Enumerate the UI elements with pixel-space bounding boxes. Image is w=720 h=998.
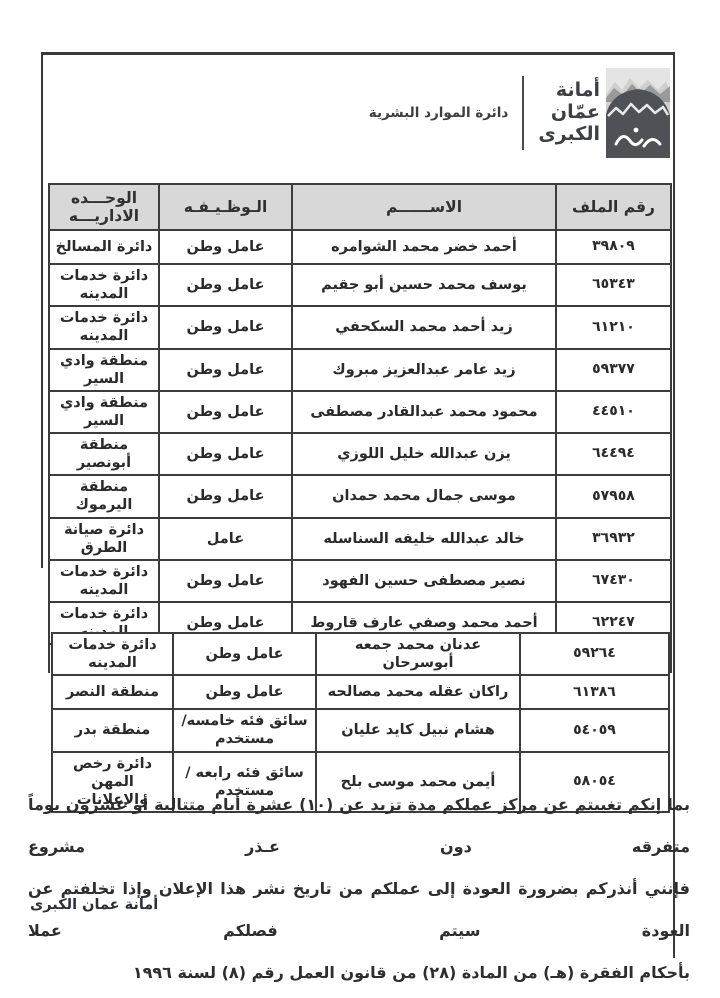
job-cell: عامل وطن	[159, 349, 292, 391]
name-cell: عدنان محمد جمعه أبوسرحان	[316, 633, 520, 675]
header-job: الـوظـيـفـه	[159, 184, 292, 230]
name-cell: راكان عقله محمد مصالحه	[316, 675, 520, 709]
unit-cell: منطقة بدر	[52, 709, 173, 751]
brand-line-2: عمّان	[538, 102, 600, 124]
table-row: ٦١٢١٠زيد أحمد محمد السكحفيعامل وطندائرة …	[49, 306, 671, 348]
table-row: ٥٤٠٥٩هشام نبيل كايد عليانسائق فئه خامسه/…	[52, 709, 669, 751]
name-cell: يوسف محمد حسين أبو جقيم	[292, 264, 556, 306]
file-no-cell: ٦١٢١٠	[556, 306, 671, 348]
table-row: ٣٩٨٠٩أحمد خضر محمد الشوامرهعامل وطندائرة…	[49, 230, 671, 264]
unit-cell: دائرة خدمات المدينه	[52, 633, 173, 675]
name-cell: زيد أحمد محمد السكحفي	[292, 306, 556, 348]
job-cell: عامل وطن	[159, 306, 292, 348]
table-row: ٣٦٩٣٢خالد عبدالله خليفه السناسلهعاملدائر…	[49, 518, 671, 560]
header-unit: الوحـــده الاداريـــه	[49, 184, 159, 230]
file-no-cell: ٥٩٣٧٧	[556, 349, 671, 391]
unit-cell: دائرة خدمات المدينه	[49, 306, 159, 348]
name-cell: أحمد خضر محمد الشوامره	[292, 230, 556, 264]
name-cell: هشام نبيل كايد عليان	[316, 709, 520, 751]
table-header-row: رقم الملف الاســــــم الـوظـيـفـه الوحــ…	[49, 184, 671, 230]
letterhead: أمانة عمّان الكبرى دائرة الموارد البشرية	[369, 68, 670, 158]
file-no-cell: ٤٤٥١٠	[556, 391, 671, 433]
job-cell: عامل وطن	[159, 264, 292, 306]
table-row: ٦٧٤٣٠نصير مصطفى حسين الفهودعامل وطندائرة…	[49, 560, 671, 602]
page-frame-left	[41, 52, 43, 568]
letterhead-divider	[522, 76, 524, 150]
unit-cell: منطقة النصر	[52, 675, 173, 709]
job-cell: عامل وطن	[173, 675, 316, 709]
file-no-cell: ٦٧٤٣٠	[556, 560, 671, 602]
job-cell: عامل وطن	[159, 560, 292, 602]
header-name: الاســــــم	[292, 184, 556, 230]
notice-line-3: بأحكام الفقرة (هـ) من المادة (٢٨) من قان…	[28, 952, 690, 994]
name-cell: زيد عامر عبدالعزيز مبروك	[292, 349, 556, 391]
unit-cell: منطقة وادي السير	[49, 391, 159, 433]
header-file-no: رقم الملف	[556, 184, 671, 230]
unit-cell: منطقة أبونصير	[49, 433, 159, 475]
brand-title: أمانة عمّان الكبرى	[538, 80, 600, 146]
unit-cell: دائرة المسالخ	[49, 230, 159, 264]
file-no-cell: ٥٧٩٥٨	[556, 475, 671, 517]
amman-municipality-logo-icon	[606, 68, 670, 158]
table-row: ٦٥٣٤٣يوسف محمد حسين أبو جقيمعامل وطندائر…	[49, 264, 671, 306]
file-no-cell: ٣٦٩٣٢	[556, 518, 671, 560]
document-page: أمانة عمّان الكبرى دائرة الموارد البشرية…	[0, 0, 720, 998]
name-cell: خالد عبدالله خليفه السناسله	[292, 518, 556, 560]
file-no-cell: ٣٩٨٠٩	[556, 230, 671, 264]
notice-line-1: بما إنكم تغيبتم عن مركز عملكم مدة تزيد ع…	[28, 784, 690, 868]
name-cell: يزن عبدالله خليل اللوزي	[292, 433, 556, 475]
name-cell: موسى جمال محمد حمدان	[292, 475, 556, 517]
table-row: ٥٩٢٦٤عدنان محمد جمعه أبوسرحانعامل وطندائ…	[52, 633, 669, 675]
unit-cell: منطقة وادي السير	[49, 349, 159, 391]
name-cell: محمود محمد عبدالقادر مصطفى	[292, 391, 556, 433]
file-no-cell: ٦٤٤٩٤	[556, 433, 671, 475]
table1-body: ٣٩٨٠٩أحمد خضر محمد الشوامرهعامل وطندائرة…	[49, 230, 671, 673]
unit-cell: دائرة صيانة الطرق	[49, 518, 159, 560]
unit-cell: دائرة خدمات المدينه	[49, 560, 159, 602]
department-name: دائرة الموارد البشرية	[369, 105, 509, 121]
warning-notice: بما إنكم تغيبتم عن مركز عملكم مدة تزيد ع…	[28, 784, 690, 994]
file-no-cell: ٦٥٣٤٣	[556, 264, 671, 306]
unit-cell: دائرة خدمات المدينه	[49, 264, 159, 306]
job-cell: عامل وطن	[159, 433, 292, 475]
job-cell: سائق فئه خامسه/مستخدم	[173, 709, 316, 751]
unit-cell: منطقة اليرموك	[49, 475, 159, 517]
job-cell: عامل	[159, 518, 292, 560]
table-row: ٥٧٩٥٨موسى جمال محمد حمدانعامل وطنمنطقة ا…	[49, 475, 671, 517]
job-cell: عامل وطن	[159, 475, 292, 517]
job-cell: عامل وطن	[173, 633, 316, 675]
employees-table-part1: رقم الملف الاســــــم الـوظـيـفـه الوحــ…	[48, 183, 672, 673]
name-cell: نصير مصطفى حسين الفهود	[292, 560, 556, 602]
table-row: ٦٤٤٩٤يزن عبدالله خليل اللوزيعامل وطنمنطق…	[49, 433, 671, 475]
job-cell: عامل وطن	[159, 230, 292, 264]
job-cell: عامل وطن	[159, 391, 292, 433]
file-no-cell: ٦١٣٨٦	[520, 675, 669, 709]
table-row: ٦١٣٨٦راكان عقله محمد مصالحهعامل وطنمنطقة…	[52, 675, 669, 709]
file-no-cell: ٥٩٢٦٤	[520, 633, 669, 675]
brand-line-3: الكبرى	[538, 124, 600, 146]
file-no-cell: ٥٤٠٥٩	[520, 709, 669, 751]
signature: أمانة عمان الكبرى	[30, 897, 158, 913]
brand-line-1: أمانة	[538, 80, 600, 102]
table-row: ٤٤٥١٠محمود محمد عبدالقادر مصطفىعامل وطنم…	[49, 391, 671, 433]
table-row: ٥٩٣٧٧زيد عامر عبدالعزيز مبروكعامل وطنمنط…	[49, 349, 671, 391]
page-frame-top	[41, 52, 675, 55]
